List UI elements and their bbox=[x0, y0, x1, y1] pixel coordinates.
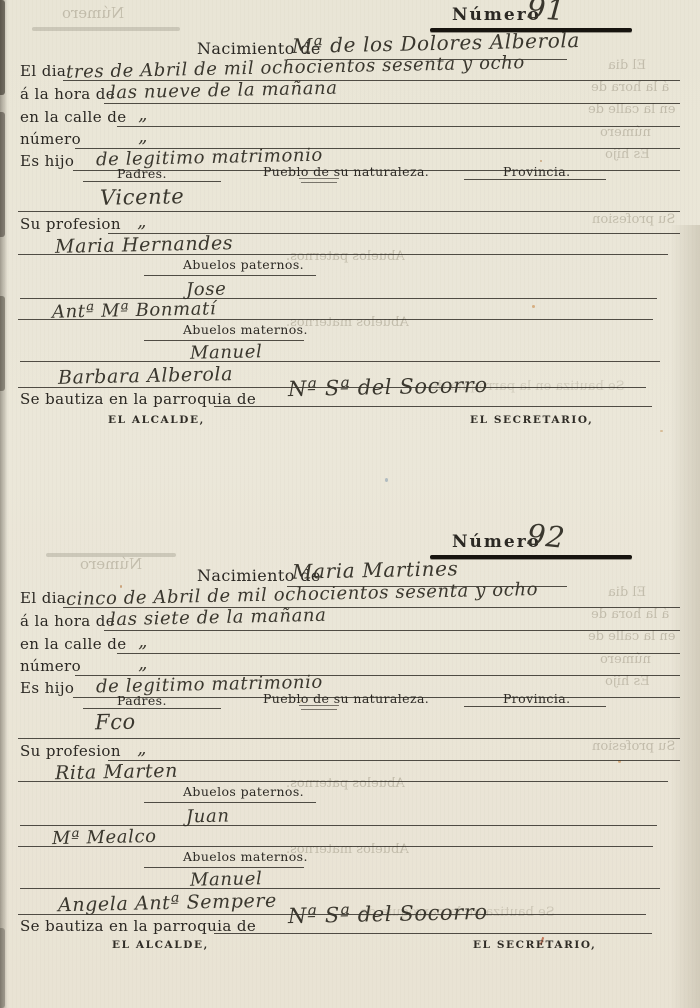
foxing-speck bbox=[385, 478, 388, 482]
ghost-hora-label: á la hora de bbox=[591, 80, 669, 95]
ghost-profesion-label: Su profesion bbox=[592, 739, 675, 754]
pueblo-header: Pueblo de su naturaleza. bbox=[263, 164, 429, 179]
ghost-hora-label: á la hora de bbox=[591, 607, 669, 622]
ghost-el-dia-label: El dia bbox=[608, 58, 646, 73]
form-line bbox=[83, 179, 221, 182]
ghost-calle-label: en la calle de bbox=[588, 102, 675, 117]
profesion-value: „ bbox=[137, 211, 147, 232]
calle-label: en la calle de bbox=[20, 635, 126, 653]
form-line bbox=[117, 124, 680, 127]
numero-value: 92 bbox=[525, 517, 566, 555]
form-line bbox=[117, 651, 680, 654]
form-line bbox=[18, 779, 668, 782]
numero-casa-value: „ bbox=[138, 653, 148, 674]
form-line bbox=[18, 317, 653, 320]
ghost-calle-label: en la calle de bbox=[588, 629, 675, 644]
calle-value: „ bbox=[138, 104, 148, 125]
form-line bbox=[144, 865, 304, 868]
ghost-numero-label: Número bbox=[80, 555, 142, 573]
form-line bbox=[144, 338, 304, 341]
ghost-numero-label: Número bbox=[62, 4, 124, 22]
parroquia-value: Nª Sª del Socorro bbox=[288, 900, 488, 928]
padre-value: Fco bbox=[95, 710, 136, 735]
form-line bbox=[20, 359, 660, 362]
ghost-el-dia-label: El dia bbox=[608, 585, 646, 600]
form-line bbox=[301, 707, 337, 710]
ghost-numero-row-label: número bbox=[600, 125, 651, 140]
record-entry-91: Número El dia á la hora de en la calle d… bbox=[0, 0, 700, 470]
form-line bbox=[214, 931, 652, 934]
form-line bbox=[144, 800, 316, 803]
form-line bbox=[464, 177, 606, 180]
ghost-profesion-label: Su profesion bbox=[592, 212, 675, 227]
ghost-numero-row-label: número bbox=[600, 652, 651, 667]
numero-casa-label: número bbox=[20, 657, 81, 675]
registry-page: Número El dia á la hora de en la calle d… bbox=[0, 0, 700, 1008]
hora-label: á la hora de bbox=[20, 85, 115, 103]
form-line bbox=[299, 176, 339, 179]
profesion-label: Su profesion bbox=[20, 742, 121, 760]
form-line bbox=[20, 886, 660, 889]
ghost-bar bbox=[32, 27, 180, 31]
form-line bbox=[18, 209, 680, 212]
form-line bbox=[20, 823, 657, 826]
form-line bbox=[301, 180, 337, 183]
abuelos-paternos-header: Abuelos paternos. bbox=[183, 784, 304, 799]
hora-value: las siete de la mañana bbox=[110, 605, 327, 631]
hora-value: las nueve de la mañana bbox=[110, 78, 338, 104]
parroquia-value: Nª Sª del Socorro bbox=[288, 373, 488, 401]
form-line bbox=[299, 703, 339, 706]
alcalde-label: EL ALCALDE, bbox=[108, 414, 205, 426]
form-line bbox=[464, 704, 606, 707]
numero-casa-label: número bbox=[20, 130, 81, 148]
nombre-value: Maria Martines bbox=[292, 556, 459, 583]
ghost-bar bbox=[46, 553, 176, 557]
secretario-label: EL SECRETARIO, bbox=[470, 414, 593, 426]
calle-value: „ bbox=[138, 631, 148, 652]
numero-casa-value: „ bbox=[138, 126, 148, 147]
numero-underline-bar bbox=[430, 555, 632, 559]
abuelos-maternos-header: Abuelos maternos. bbox=[183, 322, 308, 337]
numero-value: 91 bbox=[526, 0, 566, 27]
form-line bbox=[18, 252, 668, 255]
form-line bbox=[144, 273, 316, 276]
es-hijo-label: Es hijo bbox=[20, 679, 74, 697]
alcalde-label: EL ALCALDE, bbox=[112, 939, 209, 951]
form-line bbox=[20, 296, 657, 299]
form-line bbox=[108, 758, 680, 761]
ghost-es-hijo-label: Es hijo bbox=[605, 147, 650, 162]
padre-value: Vicente bbox=[100, 184, 185, 210]
secretario-label: EL SECRETARIO, bbox=[473, 939, 596, 951]
el-dia-label: El dia bbox=[20, 62, 66, 80]
pueblo-header: Pueblo de su naturaleza. bbox=[263, 691, 429, 706]
el-dia-label: El dia bbox=[20, 589, 66, 607]
abuelos-maternos-header: Abuelos maternos. bbox=[183, 849, 308, 864]
profesion-label: Su profesion bbox=[20, 215, 121, 233]
calle-label: en la calle de bbox=[20, 108, 126, 126]
abuelos-paternos-header: Abuelos paternos. bbox=[183, 257, 304, 272]
es-hijo-label: Es hijo bbox=[20, 152, 74, 170]
form-line bbox=[18, 736, 680, 739]
record-entry-92: Número El dia á la hora de en la calle d… bbox=[0, 527, 700, 997]
ghost-es-hijo-label: Es hijo bbox=[605, 674, 650, 689]
form-line bbox=[214, 404, 652, 407]
form-line bbox=[83, 706, 221, 709]
profesion-value: „ bbox=[137, 738, 147, 759]
form-line bbox=[18, 844, 653, 847]
hora-label: á la hora de bbox=[20, 612, 115, 630]
